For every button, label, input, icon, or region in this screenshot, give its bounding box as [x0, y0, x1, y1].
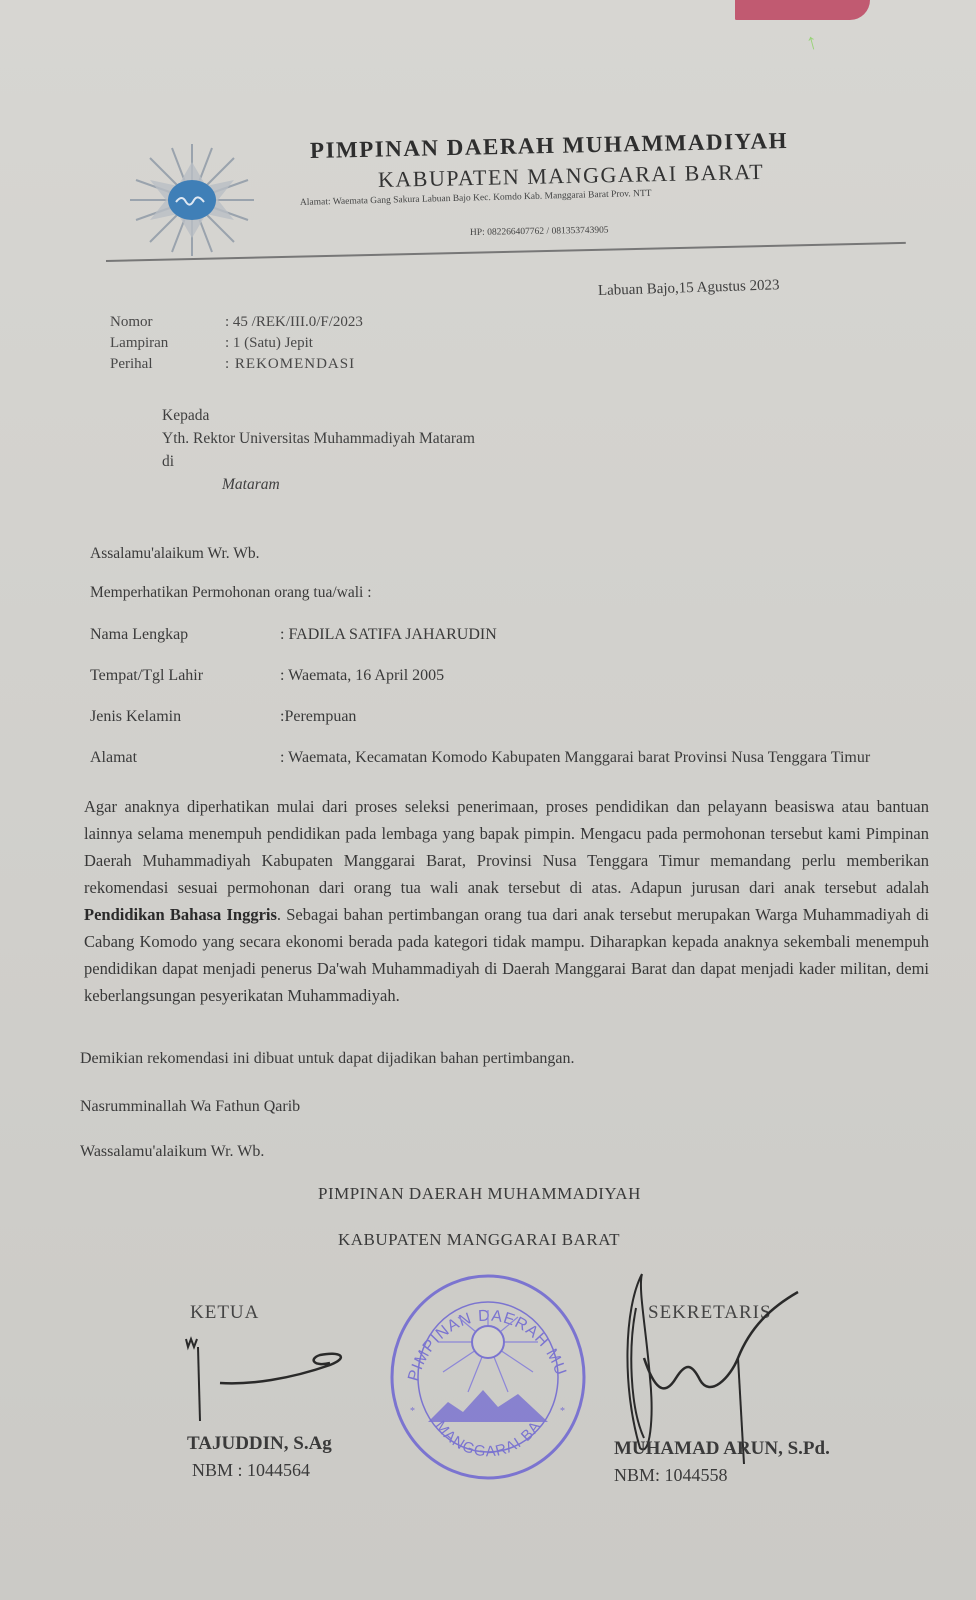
- svg-text:*: *: [410, 1406, 415, 1417]
- body-paragraph: Agar anaknya diperhatikan mulai dari pro…: [84, 793, 929, 1009]
- addressee-line: Yth. Rektor Universitas Muhammadiyah Mat…: [162, 427, 475, 450]
- field-row: Nama Lengkap : FADILA SATIFA JAHARUDIN: [90, 624, 880, 646]
- meta-value: : REKOMENDASI: [225, 356, 355, 377]
- field-row: Alamat : Waemata, Kecamatan Komodo Kabup…: [90, 747, 880, 769]
- signer-name-left: TAJUDDIN, S.Ag: [187, 1433, 332, 1455]
- letterhead-region: KABUPATEN MANGGARAI BARAT: [378, 159, 765, 193]
- field-row: Jenis Kelamin :Perempuan: [90, 706, 880, 728]
- meta-label: Lampiran: [110, 335, 225, 356]
- greeting: Assalamu'alaikum Wr. Wb.: [90, 545, 930, 563]
- field-row: Tempat/Tgl Lahir : Waemata, 16 April 200…: [90, 665, 880, 687]
- closing-salutation: Wassalamu'alaikum Wr. Wb.: [80, 1143, 264, 1161]
- addressee-city: Mataram: [162, 473, 475, 496]
- field-value: : FADILA SATIFA JAHARUDIN: [280, 624, 880, 646]
- official-stamp-icon: PIMPINAN DAERAH MUHAMMADIYAH MANGGARAI B…: [388, 1272, 588, 1482]
- meta-label: Nomor: [110, 314, 225, 335]
- field-value: :Perempuan: [280, 706, 880, 728]
- field-value: : Waemata, 16 April 2005: [280, 665, 880, 687]
- field-label: Tempat/Tgl Lahir: [90, 665, 280, 687]
- paragraph-text: Agar anaknya diperhatikan mulai dari pro…: [84, 797, 929, 897]
- meta-row-perihal: Perihal : REKOMENDASI: [110, 356, 363, 377]
- signature-organization: PIMPINAN DAERAH MUHAMMADIYAH: [318, 1184, 641, 1204]
- green-pen-mark-icon: ↑: [803, 27, 829, 70]
- field-value: : Waemata, Kecamatan Komodo Kabupaten Ma…: [280, 747, 880, 769]
- red-paper-tab: [735, 0, 870, 20]
- closing-prayer: Nasrumminallah Wa Fathun Qarib: [80, 1098, 300, 1116]
- meta-value: : 45 /REK/III.0/F/2023: [225, 314, 363, 335]
- letterhead-phone: HP: 082266407762 / 081353743905: [470, 226, 609, 238]
- signature-region: KABUPATEN MANGGARAI BARAT: [338, 1230, 620, 1250]
- muhammadiyah-sun-logo-icon: [122, 140, 262, 260]
- meta-label: Perihal: [110, 356, 225, 377]
- letter-date: Labuan Bajo,15 Agustus 2023: [598, 277, 780, 300]
- svg-text:*: *: [560, 1406, 565, 1417]
- signer-nbm-right: NBM: 1044558: [614, 1465, 728, 1486]
- closing-statement: Demikian rekomendasi ini dibuat untuk da…: [80, 1050, 575, 1068]
- field-label: Alamat: [90, 747, 280, 769]
- field-label: Nama Lengkap: [90, 624, 280, 646]
- signer-role-left: KETUA: [190, 1302, 259, 1324]
- intro-line: Memperhatikan Permohonan orang tua/wali …: [90, 584, 930, 602]
- signature-ketua-icon: [180, 1325, 360, 1425]
- addressee-line: Kepada: [162, 404, 475, 427]
- letter-meta: Nomor : 45 /REK/III.0/F/2023 Lampiran : …: [110, 314, 363, 377]
- meta-row-lampiran: Lampiran : 1 (Satu) Jepit: [110, 335, 363, 356]
- applicant-fields: Nama Lengkap : FADILA SATIFA JAHARUDIN T…: [90, 624, 880, 788]
- meta-value: : 1 (Satu) Jepit: [225, 335, 313, 356]
- signer-nbm-left: NBM : 1044564: [192, 1460, 310, 1481]
- letterhead-organization: PIMPINAN DAERAH MUHAMMADIYAH: [310, 128, 789, 164]
- letter-page: ↑ PIMPINAN DAERAH MUHAMMADIYAH KABUPATEN…: [0, 0, 976, 1600]
- addressee-block: Kepada Yth. Rektor Universitas Muhammadi…: [162, 404, 475, 496]
- program-name: Pendidikan Bahasa Inggris: [84, 905, 277, 924]
- letterhead-address: Alamat: Waemata Gang Sakura Labuan Bajo …: [300, 189, 652, 208]
- addressee-line: di: [162, 450, 475, 473]
- meta-row-nomor: Nomor : 45 /REK/III.0/F/2023: [110, 314, 363, 335]
- signer-name-right: MUHAMAD ARUN, S.Pd.: [614, 1438, 830, 1460]
- field-label: Jenis Kelamin: [90, 706, 280, 728]
